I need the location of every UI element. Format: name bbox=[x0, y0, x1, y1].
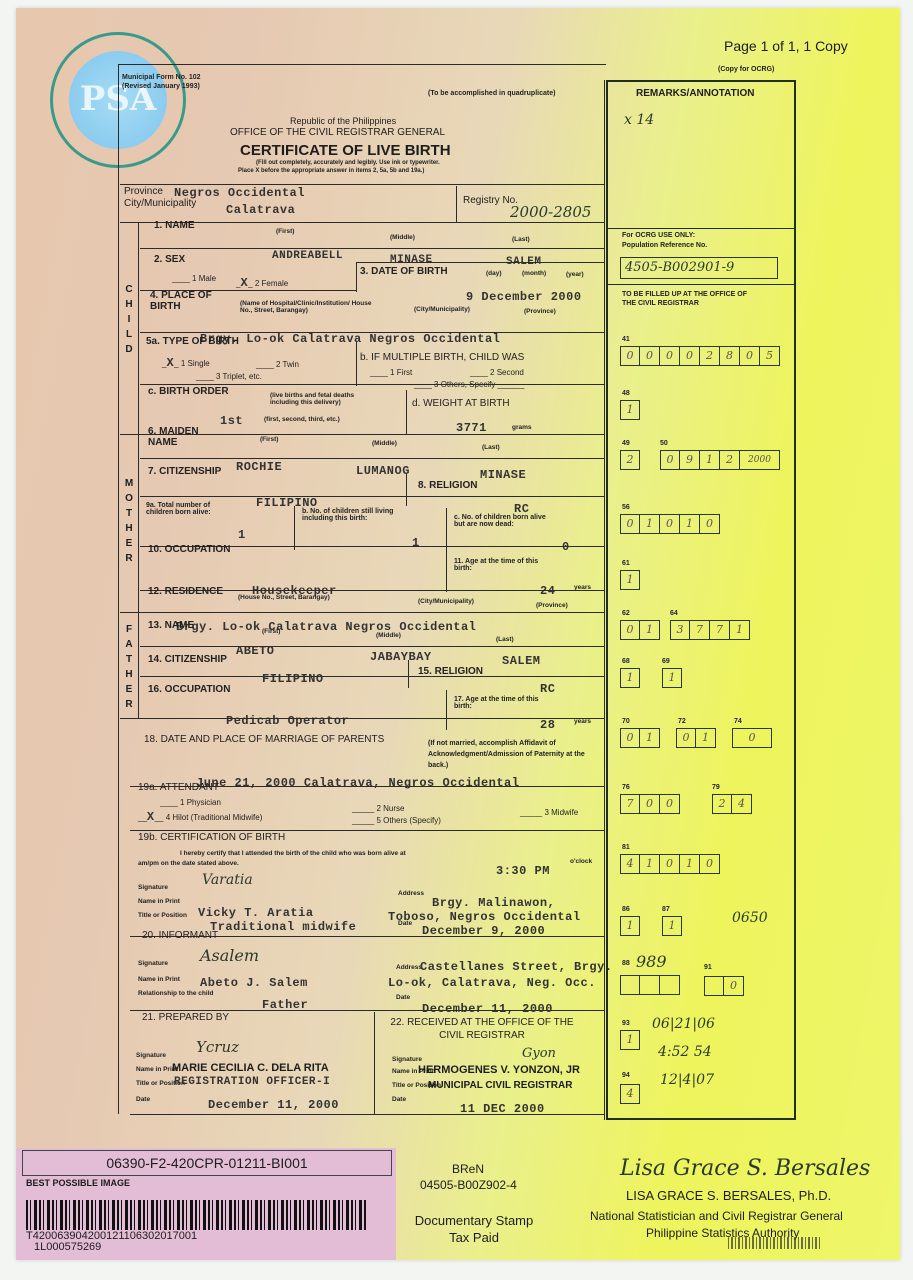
section-father-label: FATHER bbox=[122, 622, 136, 712]
mother-age-value: 24 bbox=[540, 584, 555, 598]
code-88-boxes bbox=[620, 975, 680, 995]
middle-hint: (Middle) bbox=[376, 632, 401, 639]
multiple-first[interactable]: ____ 1 First bbox=[370, 368, 412, 377]
birth-order-hint: (live births and fetal deaths including … bbox=[270, 392, 380, 406]
population-ref-label: Population Reference No. bbox=[622, 242, 707, 249]
father-middle-name: JABAYBAY bbox=[370, 650, 432, 664]
code-49-boxes: 2 bbox=[620, 450, 640, 470]
date-label: Date bbox=[392, 1096, 406, 1103]
father-age-label: 17. Age at the time of this birth: bbox=[454, 696, 554, 710]
received-label: 22. RECEIVED AT THE OFFICE OF THE CIVIL … bbox=[382, 1016, 582, 1042]
remarks-note: x 14 bbox=[624, 112, 654, 128]
code-50-boxes: 09122000 bbox=[660, 450, 780, 470]
signature-label: Signature bbox=[138, 884, 168, 891]
sex-label: 2. SEX bbox=[154, 254, 185, 265]
day-hint: (day) bbox=[486, 270, 502, 277]
mother-occupation-label: 10. OCCUPATION bbox=[148, 544, 230, 555]
attendant-others[interactable]: _____ 5 Others (Specify) bbox=[352, 816, 441, 825]
preparer-signature: Ycruz bbox=[196, 1038, 239, 1056]
last-hint: (Last) bbox=[482, 444, 500, 451]
registrar-name: HERMOGENES V. YONZON, JR bbox=[418, 1064, 580, 1076]
code-62-boxes: 01 bbox=[620, 620, 660, 640]
first-hint: (First) bbox=[276, 228, 294, 235]
dob-label: 3. DATE OF BIRTH bbox=[360, 266, 448, 277]
certification-text: I hereby certify that I attended the bir… bbox=[180, 850, 406, 857]
birth-order-label: c. BIRTH ORDER bbox=[148, 386, 229, 397]
registrar-general-title: National Statistician and Civil Registra… bbox=[590, 1209, 843, 1223]
children-born-alive-value: 1 bbox=[238, 528, 246, 542]
republic-label: Republic of the Philippines bbox=[290, 116, 396, 126]
control-number: 06390-F2-420CPR-01211-BI001 bbox=[22, 1150, 392, 1176]
instructions-1: (Fill out completely, accurately and leg… bbox=[256, 160, 440, 166]
pob-label: 4. PLACE OF BIRTH bbox=[150, 290, 226, 312]
address-label: Address bbox=[398, 890, 424, 897]
signature-label: Signature bbox=[136, 1052, 166, 1059]
birth-order-hint2: (first, second, third, etc.) bbox=[264, 416, 340, 423]
attendant-name: Vicky T. Aratia bbox=[198, 906, 314, 920]
pob-city-hint: (City/Municipality) bbox=[414, 306, 470, 313]
sex-option-female[interactable]: _X_ 2 Female bbox=[236, 276, 288, 290]
informant-address-1: Castellanes Street, Brgy. bbox=[420, 960, 613, 974]
handwritten-0650: 0650 bbox=[732, 910, 768, 926]
birth-type-label: 5a. TYPE OF BIRTH bbox=[146, 336, 239, 347]
multiple-second[interactable]: ____ 2 Second bbox=[470, 368, 524, 377]
code-87-boxes: 1 bbox=[662, 916, 682, 936]
father-occupation-value: Pedicab Operator bbox=[226, 714, 349, 728]
year-hint: (year) bbox=[566, 271, 584, 278]
mini-barcode-icon bbox=[728, 1237, 820, 1249]
first-hint: (First) bbox=[262, 628, 280, 635]
attendant-address-1: Brgy. Malinawon, bbox=[432, 896, 555, 910]
mother-last-name: MINASE bbox=[480, 468, 526, 482]
code-79-boxes: 24 bbox=[712, 794, 752, 814]
date-label: Date bbox=[136, 1096, 150, 1103]
code-93-boxes: 1 bbox=[620, 1030, 640, 1050]
last-hint: (Last) bbox=[512, 236, 530, 243]
relationship-label: Relationship to the child bbox=[138, 990, 213, 997]
mother-religion-label: 8. RELIGION bbox=[418, 480, 477, 491]
child-middle-name: MINASE bbox=[390, 254, 433, 266]
preparer-date: December 11, 2000 bbox=[208, 1098, 339, 1112]
date-label: Date bbox=[396, 994, 410, 1001]
certification-text2: am/pm on the date stated above. bbox=[138, 860, 239, 867]
middle-hint: (Middle) bbox=[390, 234, 415, 241]
pob-province-hint: (Province) bbox=[524, 308, 556, 315]
pob-hint: (Name of Hospital/Clinic/Institution/ Ho… bbox=[240, 300, 380, 314]
handwritten-date-2: 12|4|07 bbox=[660, 1072, 714, 1088]
barcode-icon bbox=[26, 1200, 366, 1230]
birth-type-twin[interactable]: ____ 2 Twin bbox=[256, 360, 299, 369]
weight-value: 3771 bbox=[456, 421, 487, 435]
bren-label: BReN bbox=[452, 1162, 484, 1176]
name-in-print-label: Name in Print bbox=[138, 976, 180, 983]
code-74-boxes: 0 bbox=[732, 728, 772, 748]
marriage-value: June 21, 2000 Calatrava, Negros Occident… bbox=[196, 776, 519, 790]
code-69-boxes: 1 bbox=[662, 668, 682, 688]
city-value: Calatrava bbox=[226, 203, 295, 217]
mother-middle-name: LUMANOG bbox=[356, 464, 410, 478]
handwritten-989: 989 bbox=[636, 952, 667, 971]
barcode-text-2: 1L000575269 bbox=[34, 1242, 101, 1253]
registrar-general-signature: Lisa Grace S. Bersales bbox=[620, 1156, 870, 1181]
code-56-boxes: 01010 bbox=[620, 514, 720, 534]
weight-label: d. WEIGHT AT BIRTH bbox=[412, 398, 510, 409]
marriage-label: 18. DATE AND PLACE OF MARRIAGE OF PARENT… bbox=[144, 734, 384, 745]
preparer-name: MARIE CECILIA C. DELA RITA bbox=[172, 1062, 329, 1074]
oclock-label: o'clock bbox=[570, 858, 592, 865]
marriage-hint: (If not married, accomplish Affidavit of… bbox=[428, 738, 604, 771]
remarks-title: REMARKS/ANNOTATION bbox=[636, 88, 755, 99]
attendant-nurse[interactable]: _____ 2 Nurse bbox=[352, 804, 404, 813]
multiple-birth-label: b. IF MULTIPLE BIRTH, CHILD WAS bbox=[360, 352, 524, 363]
mother-first-name: ROCHIE bbox=[236, 460, 282, 474]
father-age-value: 28 bbox=[540, 718, 555, 732]
first-hint: (First) bbox=[260, 436, 278, 443]
attendant-title: Traditional midwife bbox=[210, 920, 356, 934]
province-label: Province bbox=[124, 186, 163, 197]
mother-residence-value: Brgy. Lo-ok Calatrava Negros Occidental bbox=[176, 620, 476, 634]
birth-time-value: 3:30 PM bbox=[496, 864, 550, 878]
father-name-label: 13. NAME bbox=[148, 620, 194, 631]
section-child-label: CHILD bbox=[122, 282, 136, 357]
birth-type-single[interactable]: _X_ 1 Single bbox=[162, 356, 210, 370]
signature-label: Signature bbox=[392, 1056, 422, 1063]
residence-province-hint: (Province) bbox=[536, 602, 568, 609]
code-86-boxes: 1 bbox=[620, 916, 640, 936]
address-label: Address bbox=[396, 964, 422, 971]
children-living-value: 1 bbox=[412, 536, 420, 550]
preparer-title: REGISTRATION OFFICER-I bbox=[174, 1076, 330, 1088]
residence-city-hint: (City/Municipality) bbox=[418, 598, 474, 605]
father-occupation-label: 16. OCCUPATION bbox=[148, 684, 230, 695]
form-number: Municipal Form No. 102 bbox=[122, 74, 201, 81]
children-dead-label: c. No. of children born alive but are no… bbox=[454, 514, 554, 528]
code-76-boxes: 700 bbox=[620, 794, 680, 814]
father-last-name: SALEM bbox=[502, 654, 541, 668]
signature-label: Signature bbox=[138, 960, 168, 967]
attendant-signature: Varatia bbox=[202, 872, 253, 888]
code-72-boxes: 01 bbox=[676, 728, 716, 748]
weight-unit: grams bbox=[512, 424, 532, 431]
mother-citizenship-label: 7. CITIZENSHIP bbox=[148, 466, 221, 477]
father-religion-value: RC bbox=[540, 682, 555, 696]
code-91-boxes: 0 bbox=[704, 976, 744, 996]
birth-order-value: 1st bbox=[220, 414, 243, 428]
informant-signature: Asalem bbox=[200, 946, 259, 965]
children-living-label: b. No. of children still living includin… bbox=[302, 508, 402, 522]
code-64-boxes: 3771 bbox=[670, 620, 750, 640]
name-in-print-label: Name in Print bbox=[138, 898, 180, 905]
fill-up-label: TO BE FILLED UP AT THE OFFICE OF THE CIV… bbox=[622, 290, 752, 308]
best-possible-image-label: BEST POSSIBLE IMAGE bbox=[26, 1178, 130, 1188]
code-61-boxes: 1 bbox=[620, 570, 640, 590]
code-68-boxes: 1 bbox=[620, 668, 640, 688]
handwritten-date-1: 06|21|06 bbox=[652, 1016, 715, 1032]
attendant-physician[interactable]: ____ 1 Physician bbox=[160, 798, 221, 807]
middle-hint: (Middle) bbox=[372, 440, 397, 447]
date-label: Date bbox=[398, 920, 412, 927]
prepared-by-label: 21. PREPARED BY bbox=[142, 1012, 229, 1023]
informant-date: December 11, 2000 bbox=[422, 1002, 553, 1016]
mother-name-label: 6. MAIDEN NAME bbox=[148, 426, 208, 448]
father-citizenship-label: 14. CITIZENSHIP bbox=[148, 654, 227, 665]
child-first-name: ANDREABELL bbox=[272, 250, 343, 262]
bren-value: 04505-B00Z902-4 bbox=[420, 1178, 517, 1192]
father-citizenship-value: FILIPINO bbox=[262, 672, 324, 686]
registrar-general-name: LISA GRACE S. BERSALES, Ph.D. bbox=[626, 1188, 831, 1203]
attendant-hilot[interactable]: __X__ 4 Hilot (Traditional Midwife) bbox=[138, 810, 262, 824]
handwritten-time: 4:52 54 bbox=[658, 1044, 712, 1060]
years-unit: years bbox=[574, 718, 591, 725]
city-label: City/Municipality bbox=[124, 198, 196, 209]
population-ref-value: 4505-B002901-9 bbox=[620, 257, 778, 279]
code-81-boxes: 41010 bbox=[620, 854, 720, 874]
section-mother-label: MOTHER bbox=[122, 476, 136, 566]
code-41-boxes: 00002805 bbox=[620, 346, 780, 366]
month-hint: (month) bbox=[522, 270, 546, 277]
form-revised: (Revised January 1993) bbox=[122, 83, 200, 90]
attendant-midwife[interactable]: _____ 3 Midwife bbox=[520, 808, 578, 817]
attendant-label: 19a. ATTENDANT bbox=[138, 782, 219, 793]
last-hint: (Last) bbox=[496, 636, 514, 643]
children-dead-value: 0 bbox=[562, 540, 570, 554]
quadruplicate-note: (To be accomplished in quadruplicate) bbox=[428, 90, 555, 97]
mother-residence-label: 12. RESIDENCE bbox=[148, 586, 223, 597]
copy-note: (Copy for OCRG) bbox=[718, 66, 774, 73]
registrar-title: MUNICIPAL CIVIL REGISTRAR bbox=[428, 1080, 572, 1091]
code-48-boxes: 1 bbox=[620, 400, 640, 420]
instructions-2: Place X before the appropriate answer in… bbox=[238, 168, 424, 174]
certification-label: 19b. CERTIFICATION OF BIRTH bbox=[138, 832, 285, 843]
informant-address-2: Lo-ok, Calatrava, Neg. Occ. bbox=[388, 976, 596, 990]
residence-hint: (House No., Street, Barangay) bbox=[238, 594, 330, 601]
birth-type-triplet[interactable]: ____ 3 Triplet, etc. bbox=[196, 372, 262, 381]
mother-age-label: 11. Age at the time of this birth: bbox=[454, 558, 554, 572]
sex-option-male[interactable]: ____ 1 Male bbox=[172, 274, 216, 283]
dob-value: 9 December 2000 bbox=[466, 290, 582, 304]
children-born-alive-label: 9a. Total number of children born alive: bbox=[146, 502, 216, 516]
ocrg-use-label: For OCRG USE ONLY: bbox=[622, 232, 695, 239]
certificate-title: CERTIFICATE OF LIVE BIRTH bbox=[240, 142, 451, 159]
title-label: Title or Position bbox=[138, 912, 187, 919]
registry-number: 2000-2805 bbox=[510, 203, 591, 221]
registrar-signature: Gyon bbox=[522, 1046, 556, 1061]
attendant-address-2: Toboso, Negros Occidental bbox=[388, 910, 581, 924]
code-94-boxes: 4 bbox=[620, 1084, 640, 1104]
child-name-label: 1. NAME bbox=[154, 220, 195, 231]
pob-value: Brgy. Lo-ok Calatrava Negros Occidental bbox=[200, 332, 500, 346]
informant-name: Abeto J. Salem bbox=[200, 976, 308, 990]
stamp-tax-label: Documentary Stamp Tax Paid bbox=[414, 1212, 534, 1246]
page-indicator: Page 1 of 1, 1 Copy bbox=[724, 38, 848, 54]
office-label: OFFICE OF THE CIVIL REGISTRAR GENERAL bbox=[230, 127, 445, 138]
code-70-boxes: 01 bbox=[620, 728, 660, 748]
informant-label: 20. INFORMANT bbox=[142, 930, 218, 941]
